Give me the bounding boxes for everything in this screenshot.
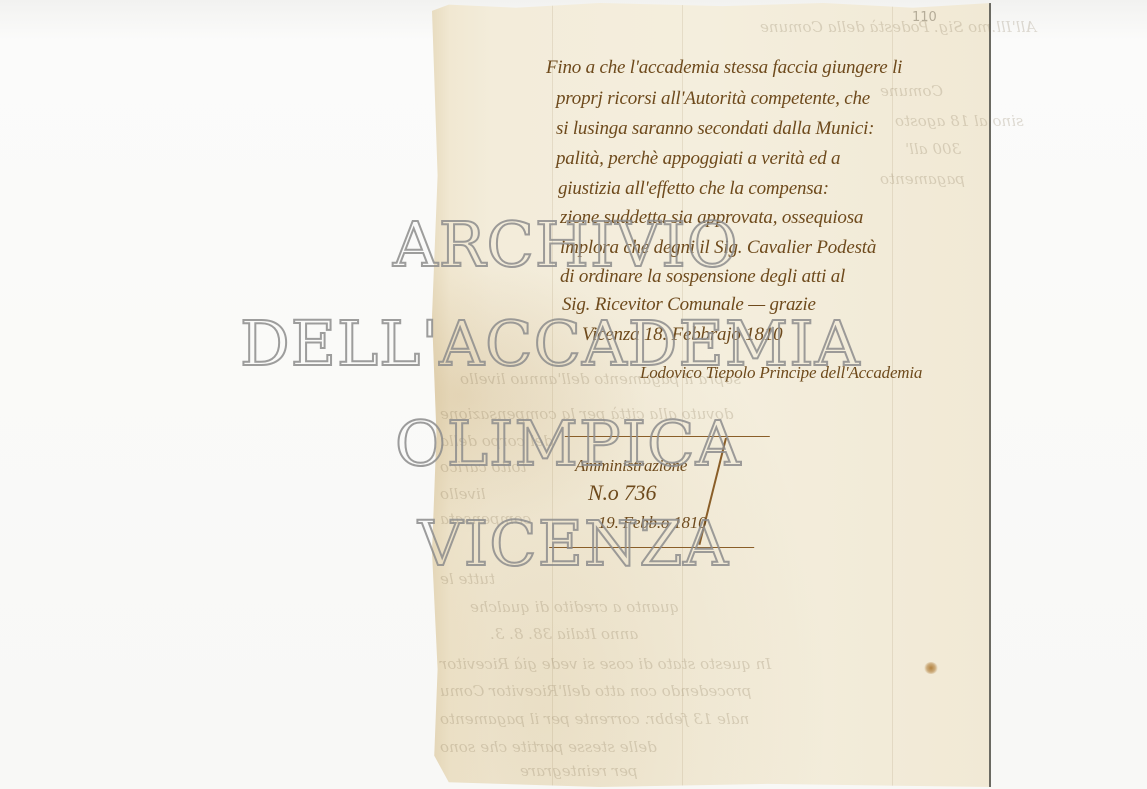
watermark-line: DELL'ACCADEMIA <box>0 313 1147 375</box>
watermark-line: ARCHIVIO <box>0 214 1147 276</box>
text-line: palità, perchè appoggiati a verità ed a <box>556 148 840 170</box>
text-line: giustizia all'effetto che la compensa: <box>558 178 829 200</box>
watermark-line: VICENZA <box>0 513 1147 575</box>
text-line: Fino a che l'accademia stessa faccia giu… <box>546 57 902 79</box>
text-line: si lusinga saranno secondati dalla Munic… <box>556 118 874 140</box>
ink-stain <box>924 662 938 674</box>
paper-fold-line <box>892 3 893 787</box>
registry-number: N.o 736 <box>588 482 656 504</box>
watermark-line: OLIMPICA <box>0 413 1147 475</box>
text-line: proprj ricorsi all'Autorità competente, … <box>556 88 870 110</box>
